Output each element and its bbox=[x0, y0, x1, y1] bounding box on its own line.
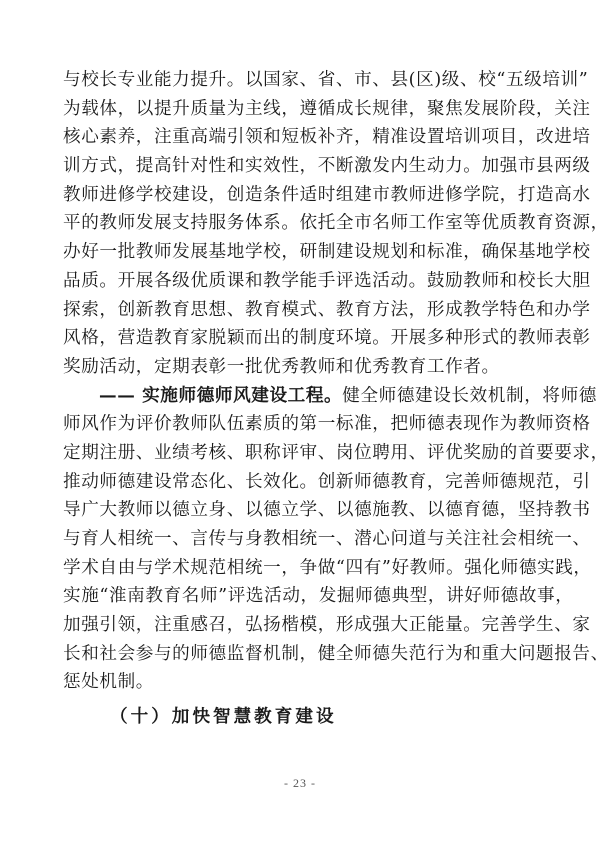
text-line: 训方式，提高针对性和实效性，不断激发内生动力。加强市县两级 bbox=[63, 152, 539, 181]
text-line: 师风作为评价教师队伍素质的第一标准，把师德表现作为教师资格 bbox=[63, 410, 539, 439]
text-line: 长和社会参与的师德监督机制，健全师德失范行为和重大问题报告、 bbox=[63, 640, 539, 669]
subsection-title: —— 实施师德师风建设工程。 bbox=[99, 385, 342, 406]
text-line: 与育人相统一、言传与身教相统一、潜心问道与关注社会相统一、 bbox=[63, 525, 539, 554]
body-text: 与校长专业能力提升。以国家、省、市、县(区)级、校“五级培训” 为载体，以提升质… bbox=[63, 66, 539, 697]
text-line: 为载体，以提升质量为主线，遵循成长规律，聚焦发展阶段，关注 bbox=[63, 95, 539, 124]
text-line: 学术自由与学术规范相统一，争做“四有”好教师。强化师德实践， bbox=[63, 554, 539, 583]
text-line: 推动师德建设常态化、长效化。创新师德教育，完善师德规范，引 bbox=[63, 468, 539, 497]
text-line: 品质。开展各级优质课和教学能手评选活动。鼓励教师和校长大胆 bbox=[63, 267, 539, 296]
text-line: 加强引领，注重感召，弘扬楷模，形成强大正能量。完善学生、家 bbox=[63, 611, 539, 640]
text-line: 核心素养，注重高端引领和短板补齐，精准设置培训项目，改进培 bbox=[63, 123, 539, 152]
text-line: 奖励活动，定期表彰一批优秀教师和优秀教育工作者。 bbox=[63, 353, 539, 382]
text-span: 健全师德建设长效机制，将师德 bbox=[342, 386, 597, 406]
text-line: 风格，营造教育家脱颖而出的制度环境。开展多种形式的教师表彰 bbox=[63, 324, 539, 353]
text-line: 惩处机制。 bbox=[63, 668, 539, 697]
text-line: 与校长专业能力提升。以国家、省、市、县(区)级、校“五级培训” bbox=[63, 66, 539, 95]
text-line: 教师进修学校建设，创造条件适时组建市教师进修学院，打造高水 bbox=[63, 181, 539, 210]
text-line: 实施“淮南教育名师”评选活动，发掘师德典型，讲好师德故事， bbox=[63, 582, 539, 611]
page-number: - 23 - bbox=[0, 776, 600, 791]
text-line: 办好一批教师发展基地学校，研制建设规划和标准，确保基地学校 bbox=[63, 238, 539, 267]
document-page: 与校长专业能力提升。以国家、省、市、县(区)级、校“五级培训” 为载体，以提升质… bbox=[0, 0, 600, 848]
text-line: 平的教师发展支持服务体系。依托全市名师工作室等优质教育资源， bbox=[63, 209, 539, 238]
text-line: 探索，创新教育思想、教育模式、教育方法，形成教学特色和办学 bbox=[63, 296, 539, 325]
text-line: 定期注册、业绩考核、职称评审、岗位聘用、评优奖励的首要要求， bbox=[63, 439, 539, 468]
paragraph-lead-line: —— 实施师德师风建设工程。健全师德建设长效机制，将师德 bbox=[63, 382, 539, 411]
text-line: 导广大教师以德立身、以德立学、以德施教、以德育德，坚持教书 bbox=[63, 496, 539, 525]
section-heading: （十）加快智慧教育建设 bbox=[110, 703, 337, 731]
